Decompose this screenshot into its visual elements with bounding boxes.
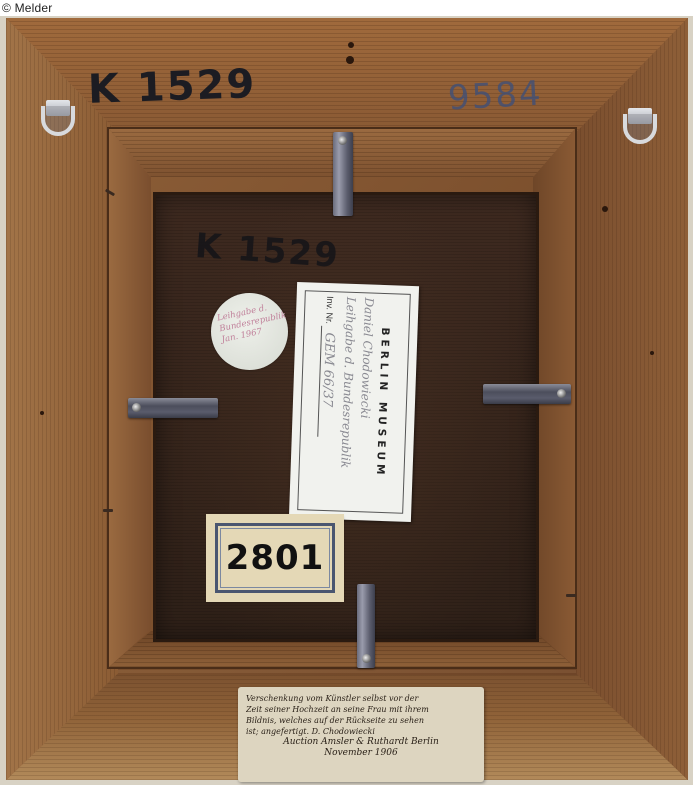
inventory-value: GEM 66/37 — [317, 326, 337, 437]
retaining-clip-right — [483, 384, 571, 404]
handwritten-provenance-note: Verschenkung vom Künstler selbst vor der… — [238, 687, 484, 782]
watermark-text: © Melder — [2, 1, 52, 15]
wood-hole — [40, 411, 44, 415]
round-loan-sticker: Leihgabe d. Bundesrepublik Jan. 1967 — [211, 293, 288, 370]
tag-number: 2801 — [226, 538, 325, 578]
wood-hole — [348, 42, 354, 48]
note-date: November 1906 — [246, 748, 476, 759]
nail — [103, 509, 113, 512]
nail — [566, 594, 576, 597]
wood-hole — [346, 56, 354, 64]
berlin-museum-label: BERLIN MUSEUM Daniel Chodowiecki Leihgab… — [289, 282, 419, 522]
round-sticker-text: Leihgabe d. Bundesrepublik Jan. 1967 — [216, 301, 284, 346]
wood-hole — [650, 351, 654, 355]
retaining-clip-left — [128, 398, 218, 418]
note-line: Zeit seiner Hochzeit an seine Frau mit i… — [246, 704, 476, 715]
note-line: Verschenkung vom Künstler selbst vor der — [246, 693, 476, 704]
inventory-inscription-black: K 1529 — [87, 61, 257, 113]
painting-back-photo: K 1529 9584 K 1529 Leihgabe d. Bundesrep… — [0, 16, 693, 785]
wood-hole — [602, 206, 608, 212]
inventory-label: Inv. Nr. — [324, 296, 335, 324]
retaining-clip-bottom — [357, 584, 375, 668]
note-signature: Auction Amsler & Ruthardt Berlin — [246, 737, 476, 748]
inventory-inscription-blue: 9584 — [447, 74, 543, 119]
note-line: ist; angefertigt. D. Chodowiecki — [246, 726, 476, 737]
number-tag: 2801 — [208, 516, 342, 600]
retaining-clip-top — [333, 132, 353, 216]
note-line: Bildnis, welches auf der Rückseite zu se… — [246, 715, 476, 726]
ring-hanger-left-icon — [38, 98, 78, 138]
ring-hanger-right-icon — [620, 106, 660, 146]
